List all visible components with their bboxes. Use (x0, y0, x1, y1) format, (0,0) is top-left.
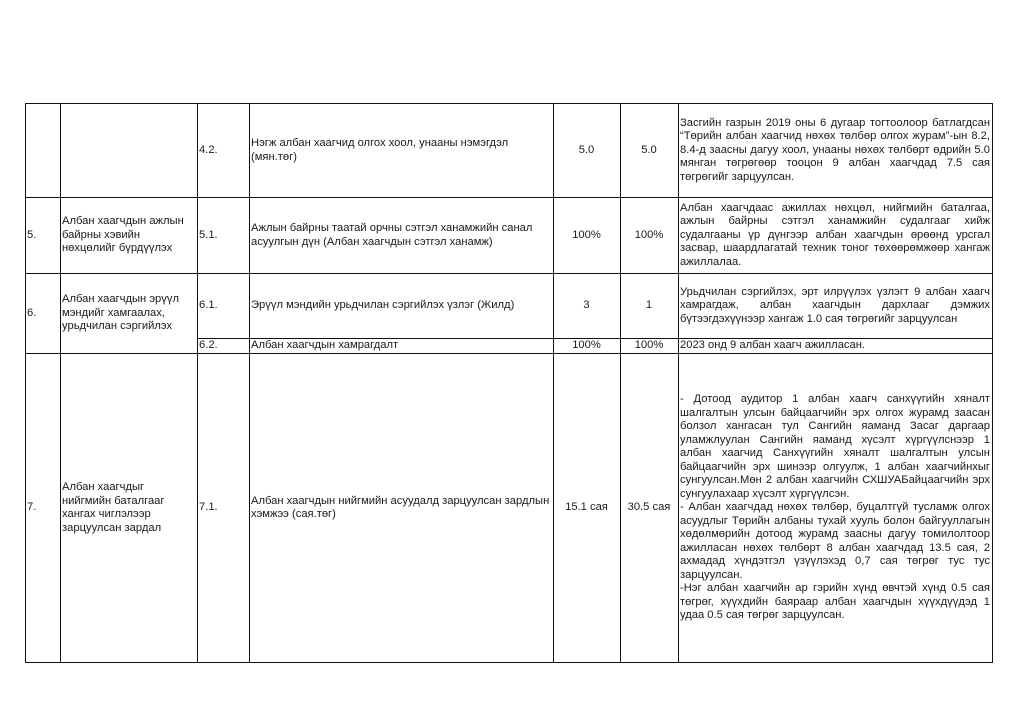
note-cell: Албан хаагчдаас ажиллах нөхцөл, нийгмийн… (679, 198, 993, 274)
goal-cell: Албан хаагчдыг нийгмийн баталгааг хангах… (61, 354, 198, 663)
row-number: 7. (26, 354, 61, 663)
report-table: 4.2. Нэгж албан хаагчид олгох хоол, унаа… (25, 103, 993, 663)
row-number: 5. (26, 198, 61, 274)
table-row: 7. Албан хаагчдыг нийгмийн баталгааг хан… (26, 354, 993, 663)
indicator-cell: Нэгж албан хаагчид олгох хоол, унааны нэ… (250, 104, 554, 198)
row-number (26, 104, 61, 198)
target-value: 100% (554, 339, 621, 354)
table-row: 4.2. Нэгж албан хаагчид олгох хоол, унаа… (26, 104, 993, 198)
actual-value: 100% (621, 339, 679, 354)
indicator-cell: Ажлын байрны таатай орчны сэтгэл ханамжи… (250, 198, 554, 274)
sub-number: 7.1. (198, 354, 250, 663)
row-number: 6. (26, 274, 61, 354)
actual-value: 1 (621, 274, 679, 339)
note-paragraph: -Нэг албан хаагчийн ар гэрийн хүнд өвчтэ… (680, 582, 990, 623)
target-value: 100% (554, 198, 621, 274)
note-paragraph: - Албан хаагчдад нөхөх төлбөр, буцалтгүй… (680, 501, 990, 582)
note-cell: Засгийн газрын 2019 оны 6 дугаар тогтоол… (679, 104, 993, 198)
note-paragraph: - Дотоод аудитор 1 албан хаагч санхүүгий… (680, 393, 990, 501)
actual-value: 30.5 сая (621, 354, 679, 663)
note-cell: 2023 онд 9 албан хаагч ажилласан. (679, 339, 993, 354)
target-value: 15.1 сая (554, 354, 621, 663)
goal-cell (61, 104, 198, 198)
sub-number: 4.2. (198, 104, 250, 198)
indicator-cell: Албан хаагчдын хамрагдалт (250, 339, 554, 354)
indicator-cell: Эрүүл мэндийн урьдчилан сэргийлэх үзлэг … (250, 274, 554, 339)
actual-value: 5.0 (621, 104, 679, 198)
sub-number: 5.1. (198, 198, 250, 274)
table-row: 6. Албан хаагчдын эрүүл мэндийг хамгаала… (26, 274, 993, 339)
goal-cell: Албан хаагчдын ажлын байрны хэвийн нөхцө… (61, 198, 198, 274)
sub-number: 6.2. (198, 339, 250, 354)
sub-number: 6.1. (198, 274, 250, 339)
goal-cell: Албан хаагчдын эрүүл мэндийг хамгаалах, … (61, 274, 198, 354)
target-value: 3 (554, 274, 621, 339)
target-value: 5.0 (554, 104, 621, 198)
note-cell: - Дотоод аудитор 1 албан хаагч санхүүгий… (679, 354, 993, 663)
actual-value: 100% (621, 198, 679, 274)
indicator-cell: Албан хаагчдын нийгмийн асуудалд зарцуул… (250, 354, 554, 663)
note-cell: Урьдчилан сэргийлэх, эрт илрүүлэх үзлэгт… (679, 274, 993, 339)
table-row: 5. Албан хаагчдын ажлын байрны хэвийн нө… (26, 198, 993, 274)
